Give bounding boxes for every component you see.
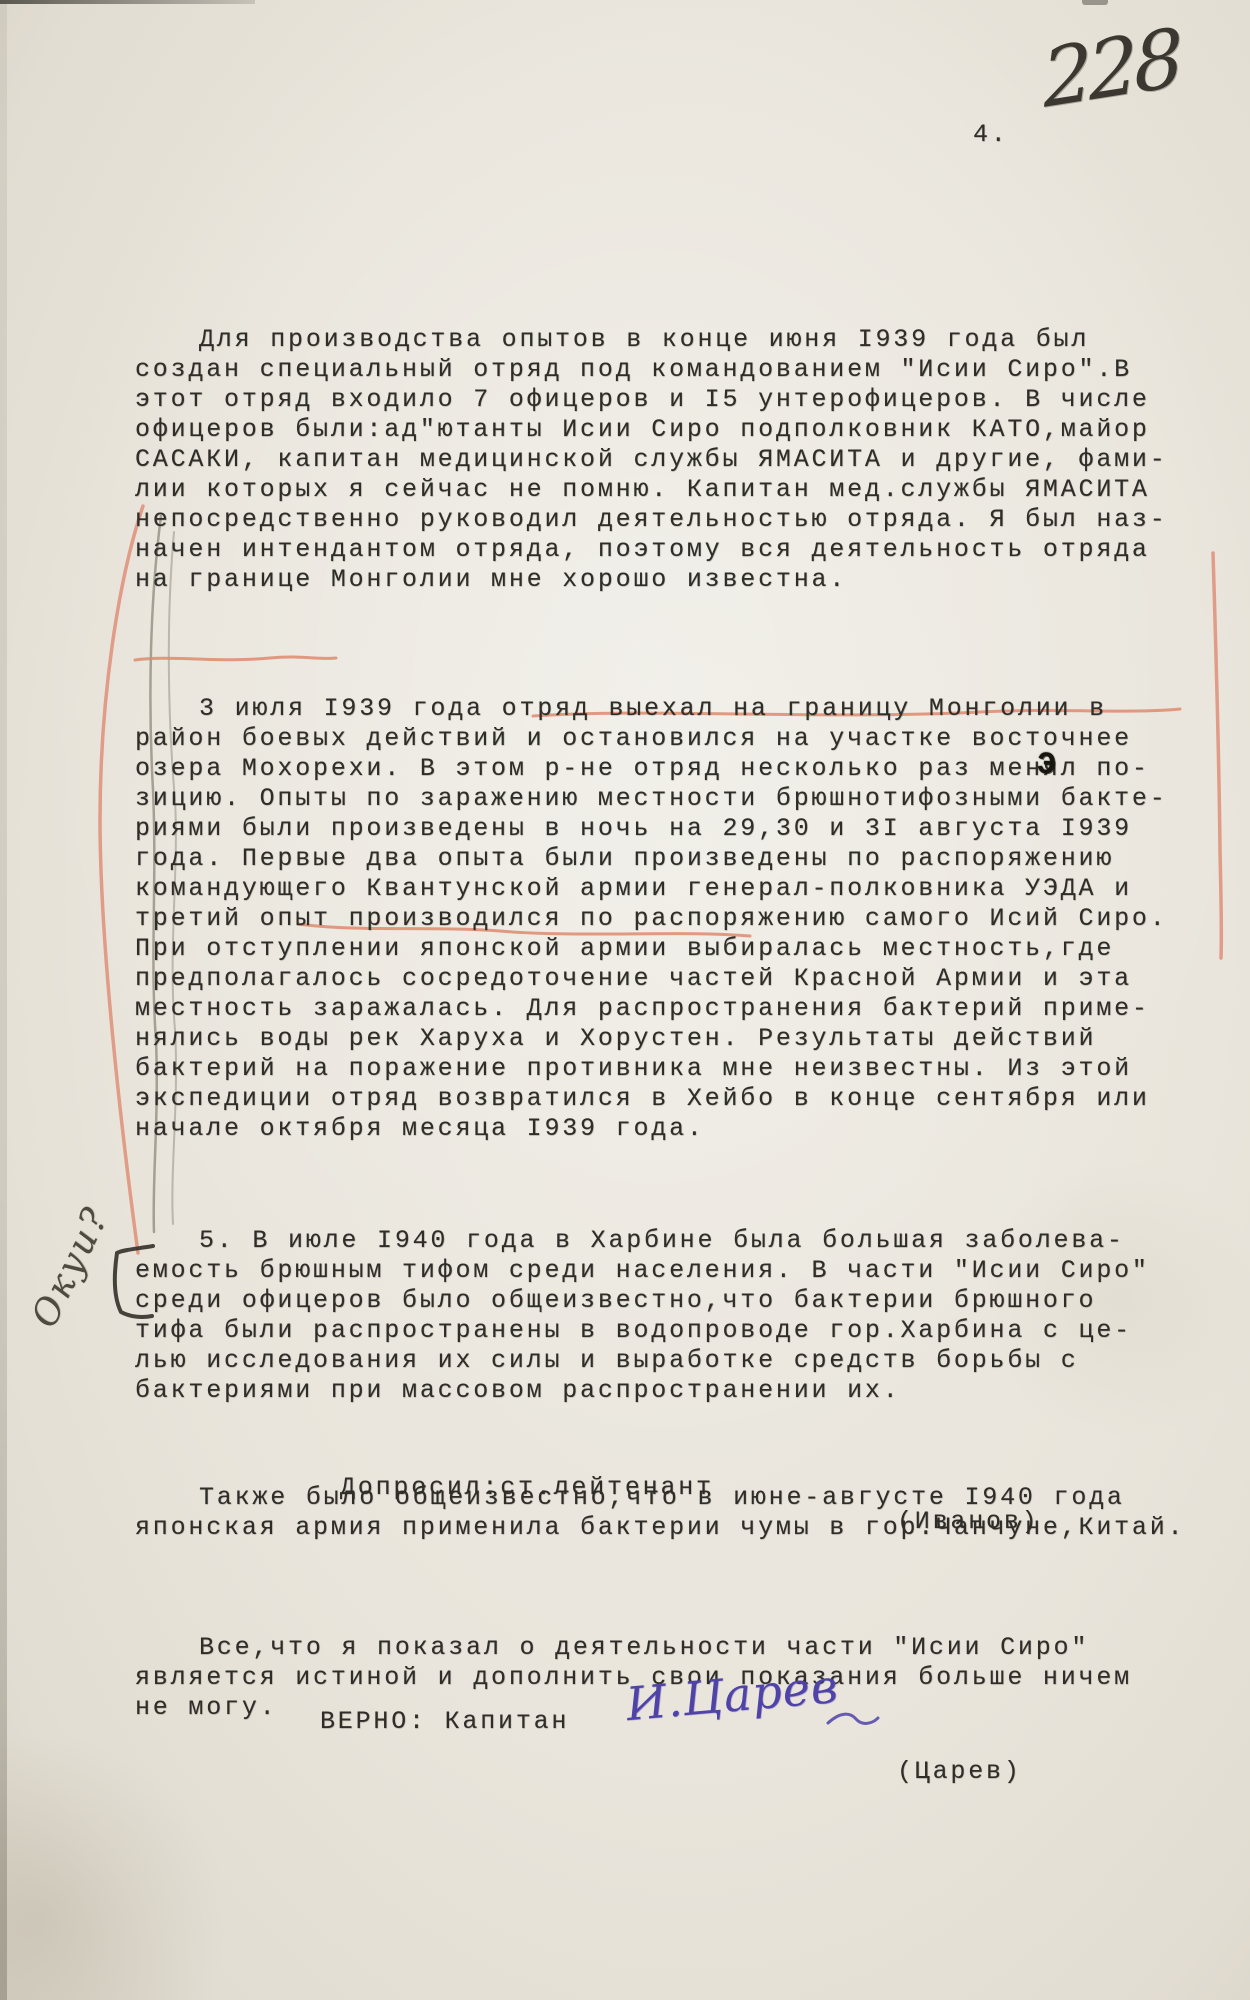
handwritten-margin-note: Окуи? bbox=[24, 1200, 118, 1334]
text-line: местность заражалась. Для распространени… bbox=[135, 994, 1207, 1024]
document-page: 228 4. Окуи? Для производства опытов в к… bbox=[0, 0, 1250, 2000]
scan-edge-top bbox=[0, 0, 255, 4]
text-line: офицеров были:ад"ютанты Исии Сиро подпол… bbox=[135, 415, 1207, 445]
interrogator-name: (Иванов) bbox=[897, 1507, 1039, 1536]
text-line: 3 июля I939 года отряд выехал на границу… bbox=[135, 694, 1207, 724]
text-line: японская армия применила бактерии чумы в… bbox=[135, 1513, 1207, 1543]
certification-label: ВЕРНО: Капитан bbox=[320, 1707, 569, 1736]
text-line: этот отряд входило 7 офицеров и I5 унтер… bbox=[135, 385, 1207, 415]
text-line: емость брюшным тифом среди населения. В … bbox=[135, 1256, 1207, 1286]
text-line: на границе Монголии мне хорошо известна. bbox=[135, 565, 1207, 595]
text-line: 5. В июле I940 года в Харбине была больш… bbox=[135, 1226, 1207, 1256]
scan-edge-mark bbox=[1082, 0, 1108, 5]
text-line: среди офицеров было общеизвестно,что бак… bbox=[135, 1286, 1207, 1316]
text-line: третий опыт производился по распоряжению… bbox=[135, 904, 1207, 934]
text-line: Все,что я показал о деятельности части "… bbox=[135, 1633, 1207, 1663]
text-line: лии которых я сейчас не помню. Капитан м… bbox=[135, 475, 1207, 505]
interrogator-line: Допросил:ст.лейтенант bbox=[340, 1473, 714, 1502]
text-line: года. Первые два опыта были произведены … bbox=[135, 844, 1207, 874]
text-line: создан специальный отряд под командовани… bbox=[135, 355, 1207, 385]
text-line: начале октября месяца I939 года. bbox=[135, 1114, 1207, 1144]
text-line: САСАКИ, капитан медицинской службы ЯМАСИ… bbox=[135, 445, 1207, 475]
text-line: командующего Квантунской армии генерал-п… bbox=[135, 874, 1207, 904]
text-line: зицию. Опыты по заражению местности брюш… bbox=[135, 784, 1207, 814]
text-line: нялись воды рек Харуха и Хорустен. Резул… bbox=[135, 1024, 1207, 1054]
paragraph-1: Для производства опытов в конце июня I93… bbox=[135, 325, 1207, 595]
document-body: Для производства опытов в конце июня I93… bbox=[135, 265, 1207, 1783]
text-line: бактерий на поражение противника мне неи… bbox=[135, 1054, 1207, 1084]
text-line: предполагалось сосредоточение частей Кра… bbox=[135, 964, 1207, 994]
text-line: тифа были распространены в водопроводе г… bbox=[135, 1316, 1207, 1346]
right-red-pencil-line bbox=[1213, 553, 1221, 958]
paragraph-3: 5. В июле I940 года в Харбине была больш… bbox=[135, 1226, 1207, 1406]
text-line: Для производства опытов в конце июня I93… bbox=[135, 325, 1207, 355]
text-line: риями были произведены в ночь на 29,30 и… bbox=[135, 814, 1207, 844]
scan-edge-left bbox=[0, 0, 7, 2000]
text-line: непосредственно руководил деятельностью … bbox=[135, 505, 1207, 535]
text-line: При отступлении японской армии выбиралас… bbox=[135, 934, 1207, 964]
typed-page-number: 4. bbox=[973, 120, 1009, 149]
handwritten-page-number: 228 bbox=[1040, 11, 1181, 126]
handwritten-letter-correction: Э bbox=[1036, 748, 1056, 784]
text-line: экспедиции отряд возвратился в Хейбо в к… bbox=[135, 1084, 1207, 1114]
text-line: бактериями при массовом распространении … bbox=[135, 1376, 1207, 1406]
text-line: лью исследования их силы и выработке сре… bbox=[135, 1346, 1207, 1376]
text-line: начен интендантом отряда, поэтому вся де… bbox=[135, 535, 1207, 565]
certifier-name: (Царев) bbox=[897, 1757, 1022, 1786]
